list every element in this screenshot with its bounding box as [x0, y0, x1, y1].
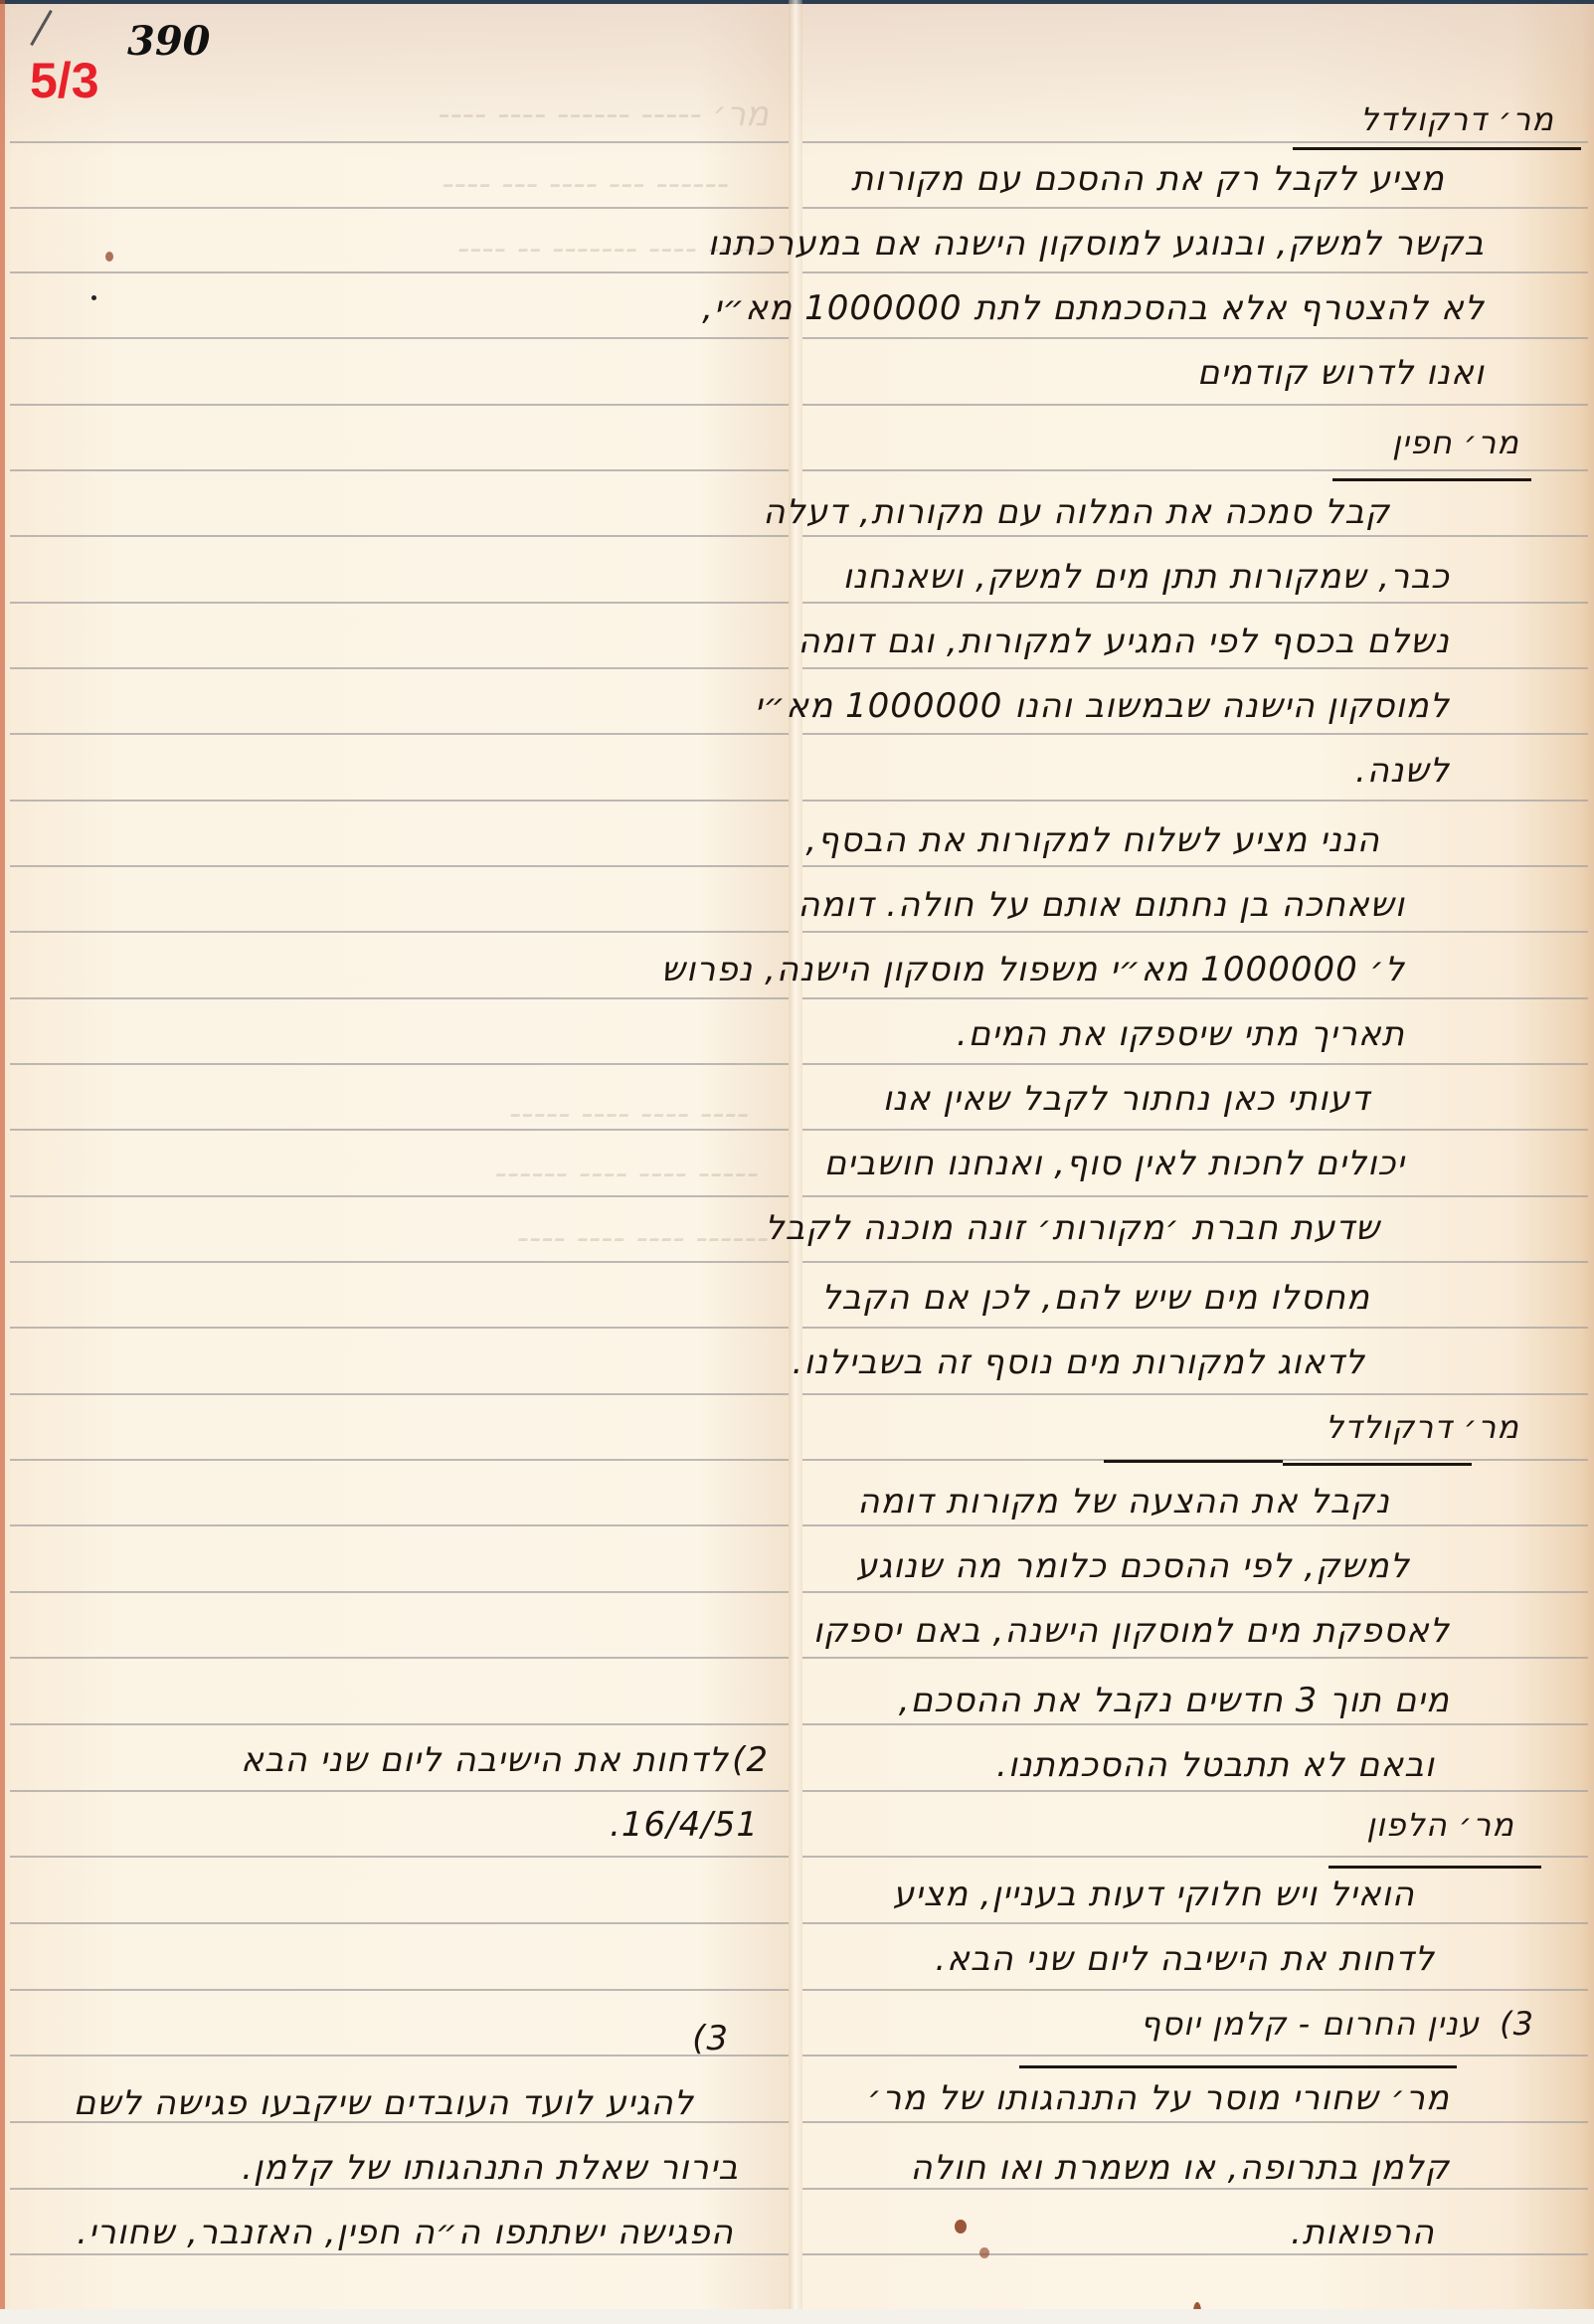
archive-tag: 5/3 [30, 52, 99, 109]
minutes-line: כבר, שמקורות תתן מים למשק, ושאנחנו [843, 557, 1450, 597]
minutes-line: מציע לקבל רק את ההסכם עם מקורות [851, 159, 1445, 199]
minutes-line: בקשר למשק, ובנוגע למוסקון הישנה אם במערכ… [708, 224, 1485, 264]
minutes-line: למוסקון הישנה שבמשוב והנו 1000000 מא״י [755, 686, 1450, 726]
minutes-line: לא להצטרף אלא בהסכמתם לתת 1000000 מא״י, [702, 288, 1485, 328]
note-line: לדחות את הישיבה ליום שני הבא [241, 1740, 729, 1780]
minutes-line: שדעת חברת ׳מקורות׳ זונה מוכנה לקבל [765, 1208, 1380, 1248]
minutes-line: לדחות את הישיבה ליום שני הבא. [935, 1939, 1435, 1979]
speaker-heading: מר׳ דרקולדל [1360, 99, 1554, 139]
heading-underline [1019, 2065, 1457, 2068]
ink-stain [979, 2247, 989, 2258]
item-number: 2) [732, 1740, 769, 1780]
notebook-spread: מר׳ ----- ------ ---- ---- ------ --- --… [0, 0, 1594, 2309]
minutes-line: הנני מציע לשלוח למקורות את הבסף, [805, 820, 1380, 860]
minutes-line: הואיל ויש חלוקי דעות בעניין, מציע [893, 1875, 1415, 1914]
page-edge [0, 0, 5, 2309]
ink-stain [91, 295, 96, 300]
minutes-line: למשק, לפי ההסכם כלומר מה שנוגע [856, 1546, 1410, 1586]
minutes-line: מר׳ שחורי מוסר על התנהגותו של מר׳ [867, 2078, 1450, 2118]
note-line: להגיע לועד העובדים שיקבעו פגישה לשם [74, 2083, 694, 2123]
item-number: 3) [1500, 2004, 1534, 2044]
heading-underline [1104, 1460, 1283, 1463]
minutes-line: לשנה. [1355, 751, 1450, 791]
minutes-line: נקבל את ההצעה של מקורות דומה [857, 1482, 1390, 1521]
minutes-line: לאספקת מים למוסקון הישנה, באם יספקו [813, 1611, 1450, 1651]
minutes-line: תאריך מתי שיספקו את המים. [957, 1014, 1405, 1054]
minutes-line: דעותי כאן נחתור לקבל שאין אנו [883, 1079, 1370, 1119]
minutes-line: יכולים לחכות לאין סוף, ואנחנו חושבים [824, 1144, 1405, 1183]
minutes-line: הרפואות. [1291, 2213, 1435, 2252]
minutes-line: ל׳ 1000000 מא״י משפול מוסקון הישנה, נפרו… [661, 950, 1405, 989]
speaker-heading: מר׳ דרקולדל [1326, 1407, 1519, 1447]
heading-underline [1332, 478, 1531, 481]
minutes-line: ובאם לא תתבטל ההסכמתנו. [996, 1745, 1435, 1785]
ink-stain [955, 2220, 967, 2234]
heading-underline [1328, 1866, 1541, 1869]
pencil-mark [30, 10, 53, 46]
page-gutter [789, 0, 802, 2309]
ink-stain [105, 252, 113, 262]
ink-stain [1193, 2302, 1201, 2309]
minutes-line: לדאוג למקורות מים נוסף זה בשבילנו. [793, 1342, 1365, 1382]
note-line: בירור שאלת התנהגותו של קלמן. [242, 2148, 739, 2188]
minutes-line: מחסלו מים שיש להם, לכן אם הקבל [821, 1278, 1370, 1318]
minutes-line: מים תוך 3 חדשים נקבל את ההסכם, [899, 1681, 1450, 1720]
heading-underline [1283, 1463, 1472, 1466]
folio-number: 390 [127, 18, 211, 65]
minutes-line: ושאחכה בן נחתום אותם על חולה. דומה [797, 885, 1405, 925]
speaker-heading: מר׳ הלפון [1366, 1805, 1514, 1845]
speaker-heading: מר׳ חפין [1392, 423, 1519, 462]
minutes-line: קבל סמכה את המלוה עם מקורות, דעלה [763, 492, 1390, 532]
agenda-heading: ענין החרום - קלמן יוסף [1141, 2004, 1480, 2044]
minutes-line: קלמן בתרופה, או משמרת ואו חולה [910, 2148, 1450, 2188]
heading-underline [1293, 147, 1581, 150]
note-date: 16/4/51. [610, 1805, 759, 1845]
item-number: 3) [692, 2019, 729, 2058]
minutes-line: נשלם בכסף לפי המגיע למקורות, וגם דומה [797, 622, 1450, 661]
minutes-line: ואנו לדרוש קודמים [1197, 353, 1485, 393]
note-line: הפגישה ישתתפו ה״ה חפין, האזנבר, שחורי. [77, 2213, 734, 2252]
